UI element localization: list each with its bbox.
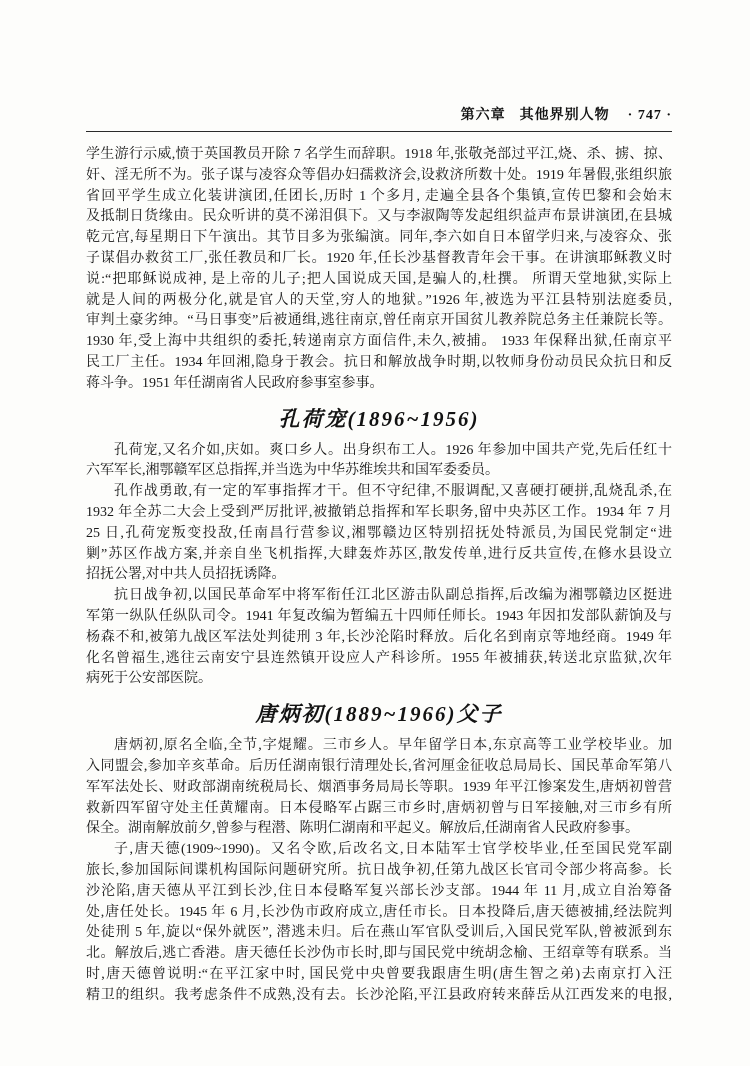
text-line: 蒋斗争。1951 年任湖南省人民政府参事室参事。 — [86, 374, 672, 395]
chapter-label: 第六章 — [461, 108, 506, 123]
text-line: 学生游行示威,愤于英国教员开除 7 名学生而辞职。1918 年,张敬尧部过平江,… — [86, 145, 672, 166]
page-content: 第六章其他界别人物· 747 · 学生游行示威,愤于英国教员开除 7 名学生而辞… — [86, 104, 672, 1006]
page-body: 学生游行示威,愤于英国教员开除 7 名学生而辞职。1918 年,张敬尧部过平江,… — [86, 145, 672, 1006]
text-line: 说:“把耶稣说成神, 是上帝的儿子;把人国说成天国,是骗人的,杜撰。 所谓天堂地… — [86, 270, 672, 291]
running-header: 第六章其他界别人物· 747 · — [86, 104, 672, 131]
text-line: 奸、淫无所不为。张子谋与凌容众等倡办妇孺救济会,设救济所数十处。1919 年暑假… — [86, 166, 672, 187]
page-number: · 747 · — [628, 108, 672, 123]
text-line: 化名曾福生,逃往云南安宁县连然镇开设应人产科诊所。1955 年被捕获,转送北京监… — [86, 649, 672, 670]
text-line: 审判土豪劣绅。“马日事变”后被通缉,逃往南京,曾任南京开国贫儿教养院总务主任兼院… — [86, 311, 672, 332]
text-line: 沙沦陷,唐天德从平江到长沙,住日本侵略军复兴部长沙支部。1944 年 11 月,… — [86, 882, 672, 903]
text-line: 六军军长,湘鄂赣军区总指挥,并当选为中华苏维埃共和国军委委员。 — [86, 461, 672, 482]
text-line: 抗日战争初,以国民革命军中将军衔任江北区游击队副总指挥,后改编为湘鄂赣边区挺进 — [86, 586, 672, 607]
text-line: 旅长,参加国际间谍机构国际问题研究所。抗日战争初,任第九战区长官司令部少将高参。… — [86, 861, 672, 882]
header-rule — [86, 131, 672, 132]
book-page: 第六章其他界别人物· 747 · 学生游行示威,愤于英国教员开除 7 名学生而辞… — [0, 0, 750, 1066]
paragraph: 抗日战争初,以国民革命军中将军衔任江北区游击队副总指挥,后改编为湘鄂赣边区挺进军… — [86, 586, 672, 690]
text-line: 救新四军留守处主任黄耀南。日本侵略军占踞三市乡时,唐炳初曾与日军接触,对三市乡有… — [86, 799, 672, 820]
text-line: 军军法处长、财政部湖南统税局长、烟酒事务局局长等职。1939 年平江惨案发生,唐… — [86, 778, 672, 799]
text-line: 招抚公署,对中共人员招抚诱降。 — [86, 565, 672, 586]
text-line: 民工厂主任。1934 年回湘,隐身于教会。抗日和解放战争时期,以牧师身份动员民众… — [86, 353, 672, 374]
section-heading: 唐炳初(1889~1966)父子 — [86, 700, 672, 728]
text-line: 唐炳初,原名全临,全节,字焜耀。三市乡人。早年留学日本,东京高等工业学校毕业。加 — [86, 736, 672, 757]
text-line: 就是人间的两极分化,就是官人的天堂,穷人的地狱。”1926 年,被选为平江县特别… — [86, 291, 672, 312]
paragraph: 孔荷宠,又名介如,庆如。爽口乡人。出身织布工人。1926 年参加中国共产党,先后… — [86, 441, 672, 483]
paragraph: 孔作战勇敢,有一定的军事指挥才干。但不守纪律,不服调配,又喜硬打硬拼,乱烧乱杀,… — [86, 482, 672, 586]
section-title-label: 其他界别人物 — [520, 108, 610, 123]
text-line: 处,唐任处长。1945 年 6 月,长沙伪市政府成立,唐任市长。日本投降后,唐天… — [86, 903, 672, 924]
text-line: 孔作战勇敢,有一定的军事指挥才干。但不守纪律,不服调配,又喜硬打硬拼,乱烧乱杀,… — [86, 482, 672, 503]
text-line: 北。解放后,逃亡香港。唐天德任长沙伪市长时,即与国民党中统胡念榆、王绍章等有联系… — [86, 944, 672, 965]
text-line: 省回平学生成立化装讲演团,任团长,历时 1 个多月, 走遍全县各个集镇,宣传巴黎… — [86, 187, 672, 208]
text-line: 处徒刑 5 年,旋以“保外就医”, 潜逃未归。后在燕山军官队受训后,入国民党军队… — [86, 923, 672, 944]
text-line: 孔荷宠,又名介如,庆如。爽口乡人。出身织布工人。1926 年参加中国共产党,先后… — [86, 441, 672, 462]
text-line: 乾元宫,每星期日下午演出。其节目多为张编演。同年,李六如自日本留学归来,与凌容众… — [86, 228, 672, 249]
text-line: 1930 年,受上海中共组织的委托,转递南京方面信件,未久,被捕。 1933 年… — [86, 332, 672, 353]
text-line: 精卫的组织。我考虑条件不成熟,没有去。长沙沦陷,平江县政府转来薛岳从江西发来的电… — [86, 986, 672, 1007]
paragraph: 唐炳初,原名全临,全节,字焜耀。三市乡人。早年留学日本,东京高等工业学校毕业。加… — [86, 736, 672, 840]
text-line: 子谋倡办救贫工厂,张任教员和厂长。1920 年,任长沙基督教青年会干事。在讲演耶… — [86, 249, 672, 270]
section-heading: 孔荷宠(1896~1956) — [86, 405, 672, 433]
text-line: 25 日,孔荷宠叛变投敌,任南昌行营参议,湘鄂赣边区特别招抚处特派员,为国民党制… — [86, 524, 672, 545]
text-line: 军第一纵队任纵队司令。1941 年复改编为暂编五十四师任师长。1943 年因扣发… — [86, 607, 672, 628]
text-line: 1932 年全苏二大会上受到严厉批评,被撤销总指挥和军长职务,留中央苏区工作。1… — [86, 503, 672, 524]
text-line: 剿”苏区作战方案,并亲自坐飞机指挥,大肆轰炸苏区,散发传单,进行反共宣传,在修水… — [86, 545, 672, 566]
text-line: 入同盟会,参加辛亥革命。后历任湖南银行清理处长,省河厘金征收总局局长、国民革命军… — [86, 757, 672, 778]
paragraph: 子,唐天德(1909~1990)。又名令欧,后改名文,日本陆军士官学校毕业,任至… — [86, 840, 672, 1006]
text-line: 保全。湖南解放前夕,曾参与程潜、陈明仁湖南和平起义。解放后,任湖南省人民政府参事… — [86, 819, 672, 840]
paragraph: 学生游行示威,愤于英国教员开除 7 名学生而辞职。1918 年,张敬尧部过平江,… — [86, 145, 672, 395]
text-line: 时,唐天德曾说明:“在平江家中时, 国民党中央曾要我跟唐生明(唐生智之弟)去南京… — [86, 965, 672, 986]
text-line: 杨森不和,被第九战区军法处判徒刑 3 年,长沙沦陷时释放。后化名到南京等地经商。… — [86, 628, 672, 649]
text-line: 及抵制日货缘由。民众听讲的莫不涕泪俱下。又与李淑陶等发起组织益声布景讲演团,在县… — [86, 207, 672, 228]
text-line: 子,唐天德(1909~1990)。又名令欧,后改名文,日本陆军士官学校毕业,任至… — [86, 840, 672, 861]
text-line: 病死于公安部医院。 — [86, 669, 672, 690]
